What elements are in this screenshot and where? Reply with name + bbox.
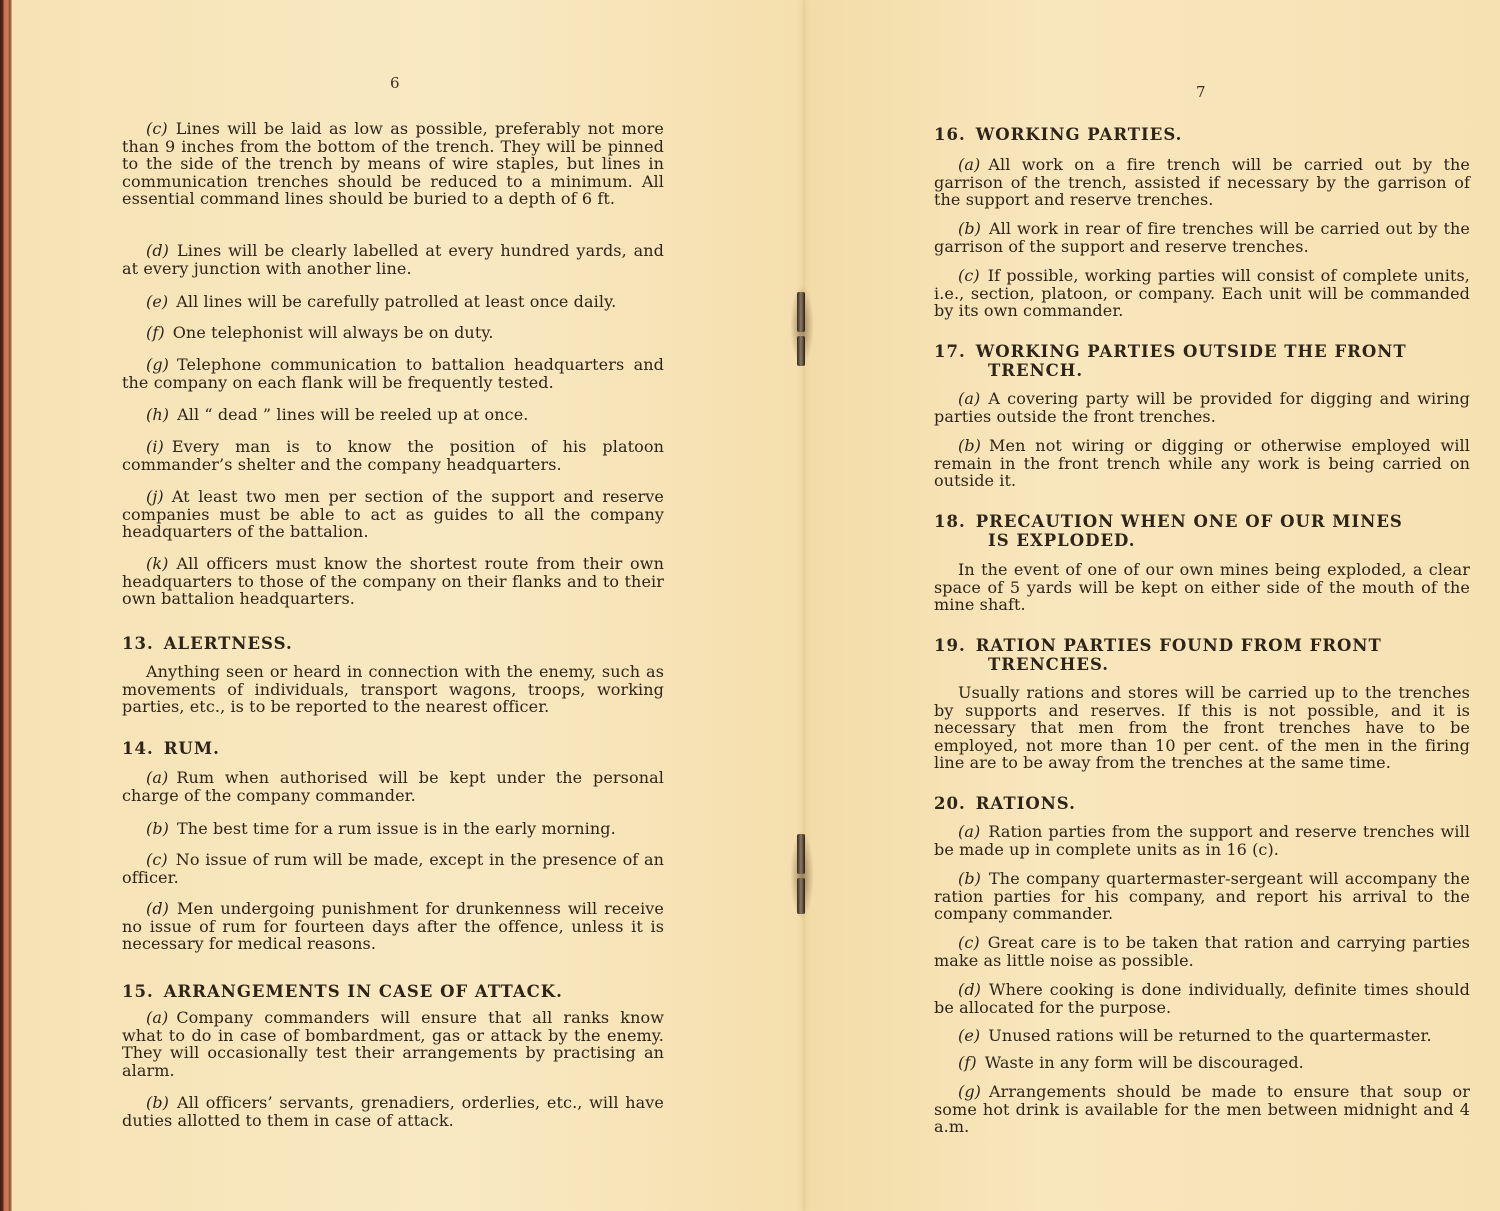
list-item: (k)All officers must know the shortest r… [122, 555, 664, 608]
staple-top-upper [797, 292, 805, 332]
section-paragraph: In the event of one of our own mines bei… [934, 561, 1470, 614]
list-item: (a)Rum when authorised will be kept unde… [122, 769, 664, 804]
list-item: (d)Where cooking is done individually, d… [934, 981, 1470, 1016]
staple-top-lower [797, 336, 805, 366]
staple-bottom-upper [797, 834, 805, 874]
list-item: (c)Lines will be laid as low as possible… [122, 120, 664, 208]
list-item: (f)One telephonist will always be on dut… [122, 324, 664, 342]
list-item: (e)Unused rations will be returned to th… [934, 1027, 1470, 1045]
page-number: 6 [390, 74, 400, 92]
section-heading-20: 20.RATIONS. [934, 794, 1470, 813]
book-cover-edge [0, 0, 12, 1211]
section-heading-16: 16.WORKING PARTIES. [934, 125, 1470, 144]
section-paragraph: Anything seen or heard in connection wit… [122, 663, 664, 716]
list-item: (a)All work on a fire trench will be car… [934, 156, 1470, 209]
list-item: (e)All lines will be carefully patrolled… [122, 293, 664, 311]
list-item: (b)All officers’ servants, grenadiers, o… [122, 1094, 664, 1129]
list-item: (g)Telephone communication to battalion … [122, 356, 664, 391]
list-item: (d)Men undergoing punishment for drunken… [122, 900, 664, 953]
list-item: (i)Every man is to know the position of … [122, 438, 664, 473]
list-item: (j)At least two men per section of the s… [122, 488, 664, 541]
list-item: (b)The company quartermaster-sergeant wi… [934, 870, 1470, 923]
list-item: (g)Arrangements should be made to ensure… [934, 1083, 1470, 1136]
section-heading-15: 15.ARRANGEMENTS IN CASE OF ATTACK. [122, 982, 664, 1001]
staple-bottom-lower [797, 878, 805, 914]
list-item: (c)If possible, working parties will con… [934, 267, 1470, 320]
list-item: (d)Lines will be clearly labelled at eve… [122, 242, 664, 277]
list-item: (c)Great care is to be taken that ration… [934, 934, 1470, 969]
list-item: (b)Men not wiring or digging or otherwis… [934, 437, 1470, 490]
section-heading-19: 19.RATION PARTIES FOUND FROM FRONTTRENCH… [934, 636, 1470, 674]
list-item: (a)Ration parties from the support and r… [934, 823, 1470, 858]
section-heading-18: 18.PRECAUTION WHEN ONE OF OUR MINESIS EX… [934, 512, 1470, 550]
section-heading-17: 17.WORKING PARTIES OUTSIDE THE FRONTTREN… [934, 342, 1470, 380]
list-item: (a)Company commanders will ensure that a… [122, 1009, 664, 1079]
list-item: (a)A covering party will be provided for… [934, 390, 1470, 425]
list-item: (c)No issue of rum will be made, except … [122, 851, 664, 886]
list-item: (b)All work in rear of fire trenches wil… [934, 220, 1470, 255]
page-number: 7 [1196, 83, 1206, 101]
list-item: (h)All “ dead ” lines will be reeled up … [122, 406, 664, 424]
section-heading-13: 13.ALERTNESS. [122, 634, 664, 653]
section-paragraph: Usually rations and stores will be carri… [934, 684, 1470, 772]
list-item: (b)The best time for a rum issue is in t… [122, 820, 664, 838]
book-gutter [803, 0, 805, 1211]
section-heading-14: 14.RUM. [122, 739, 664, 758]
list-item: (f)Waste in any form will be discouraged… [934, 1054, 1470, 1072]
